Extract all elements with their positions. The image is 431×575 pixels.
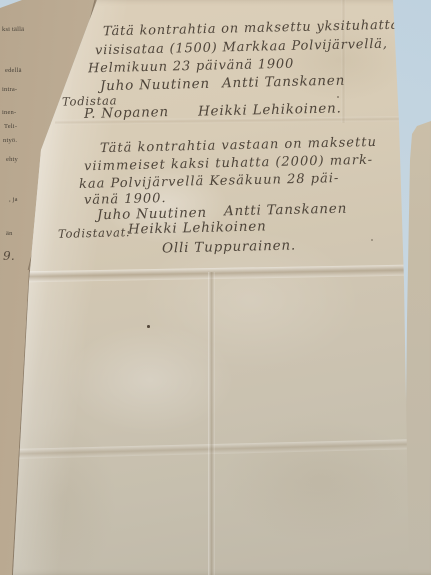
printed-text-fragment: ehty xyxy=(6,157,18,164)
signature-juho-nuutinen: Juho Nuutinen xyxy=(100,78,210,94)
printed-text-fragment: ksi tällä xyxy=(2,27,24,34)
printed-text-fragment: än xyxy=(6,231,13,238)
handwritten-number-fragment: 9. xyxy=(3,250,15,262)
signature-heikki-lehikoinen: Heikki Lehikoinen xyxy=(128,220,267,237)
signature-antti-tanskanen: Antti Tanskanen xyxy=(224,203,347,219)
witness-label: Todistavat: xyxy=(58,227,131,240)
signature-p-nopanen: P. Nopanen xyxy=(84,106,169,121)
receipt1-line: Helmikuun 23 päivänä 1900 xyxy=(88,58,294,76)
ink-speck xyxy=(337,96,339,98)
printed-text-fragment: inen- xyxy=(2,110,16,117)
printed-text-fragment: ntyö. xyxy=(3,138,17,145)
signature-antti-tanskanen: Antti Tanskanen xyxy=(222,75,345,91)
ink-speck xyxy=(371,239,373,241)
receipt2-line: vänä 1900. xyxy=(84,192,167,207)
signature-olli-tuppurainen: Olli Tuppurainen. xyxy=(162,239,296,256)
printed-text-fragment: edellä xyxy=(5,68,22,75)
printed-text-fragment: intra- xyxy=(2,87,17,94)
printed-text-fragment: , ja xyxy=(9,197,18,204)
ink-speck xyxy=(147,325,150,328)
photo-scene: ksi tällä edellä intra- inen- Teli- ntyö… xyxy=(0,0,431,575)
signature-heikki-lehikoinen: Heikki Lehikoinen. xyxy=(198,102,342,119)
fold-crease xyxy=(208,272,215,575)
printed-text-fragment: Teli- xyxy=(4,124,17,131)
